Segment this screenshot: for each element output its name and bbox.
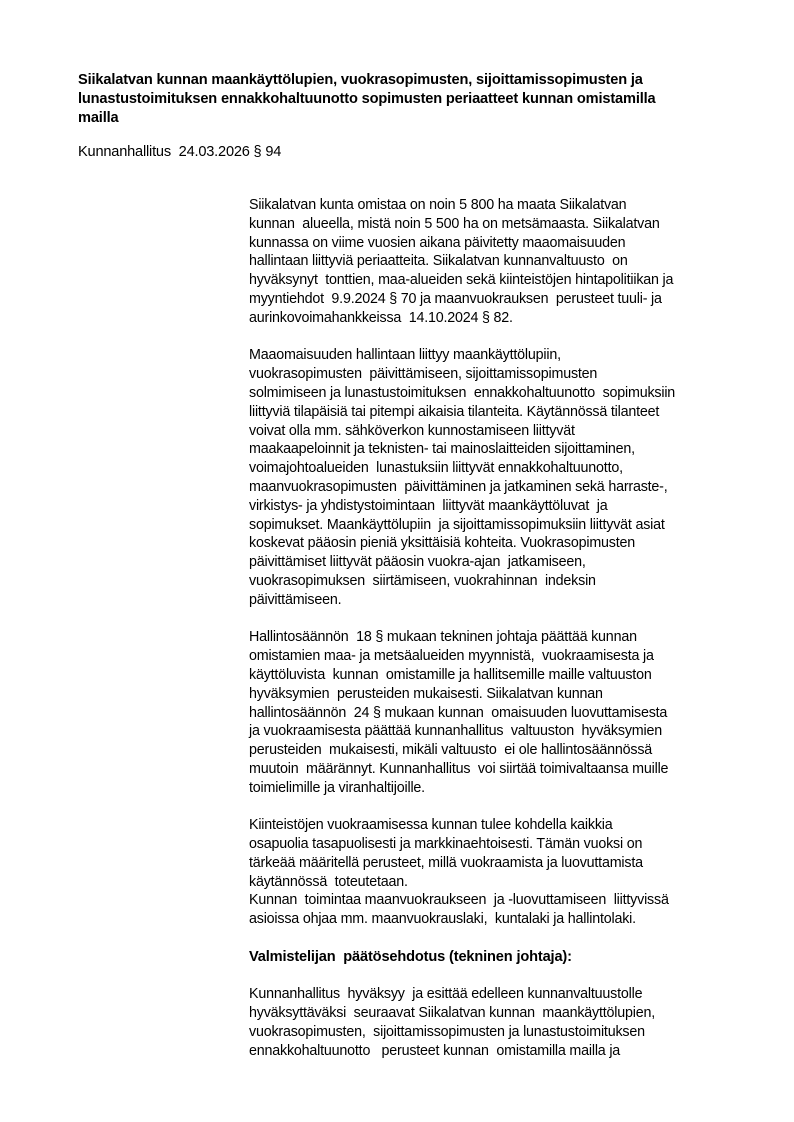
text-line: vuokrasopimusten, sijoittamissopimusten … xyxy=(249,1023,744,1042)
text-line: perusteiden mukaisesti, mikäli valtuusto… xyxy=(249,741,744,760)
meeting-reference: Kunnanhallitus 24.03.2026 § 94 xyxy=(78,143,281,162)
title-line: Siikalatvan kunnan maankäyttölupien, vuo… xyxy=(78,71,738,90)
text-line: virkistys- ja yhdistystoimintaan liittyv… xyxy=(249,497,744,516)
text-line: Kunnanhallitus hyväksyy ja esittää edell… xyxy=(249,985,744,1004)
text-line: liittyviä tilapäisiä tai pitempi aikaisi… xyxy=(249,403,744,422)
text-line: hyväksyttäväksi seuraavat Siikalatvan ku… xyxy=(249,1004,744,1023)
paragraph-leasing-principles: Kiinteistöjen vuokraamisessa kunnan tule… xyxy=(249,816,744,929)
text-line: hallintaan liittyviä periaatteita. Siika… xyxy=(249,252,744,271)
text-line: kunnassa on viime vuosien aikana päivite… xyxy=(249,234,744,253)
text-line: päivittämiseen. xyxy=(249,591,744,610)
text-line: Siikalatvan kunta omistaa on noin 5 800 … xyxy=(249,196,744,215)
text-line: maanvuokrasopimusten päivittäminen ja ja… xyxy=(249,478,744,497)
text-line: toimielimille ja viranhaltijoille. xyxy=(249,779,744,798)
text-line: Kunnan toimintaa maanvuokraukseen ja -lu… xyxy=(249,891,744,910)
page-title: Siikalatvan kunnan maankäyttölupien, vuo… xyxy=(78,71,738,128)
text-line: Maaomaisuuden hallintaan liittyy maankäy… xyxy=(249,346,744,365)
text-line: sopimukset. Maankäyttölupiin ja sijoitta… xyxy=(249,516,744,535)
paragraph-administrative-rules: Hallintosäännön 18 § mukaan tekninen joh… xyxy=(249,628,744,797)
text-line: maakaapeloinnit ja teknisten- tai mainos… xyxy=(249,440,744,459)
text-line: myyntiehdot 9.9.2024 § 70 ja maanvuokrau… xyxy=(249,290,744,309)
text-line: ennakkohaltuunotto perusteet kunnan omis… xyxy=(249,1042,744,1061)
text-line: osapuolia tasapuolisesti ja markkinaehto… xyxy=(249,835,744,854)
title-line: lunastustoimituksen ennakkohaltuunotto s… xyxy=(78,90,738,109)
title-line: mailla xyxy=(78,109,738,128)
text-line: omistamien maa- ja metsäalueiden myynnis… xyxy=(249,647,744,666)
text-line: hallintosäännön 24 § mukaan kunnan omais… xyxy=(249,704,744,723)
paragraph-land-management-situations: Maaomaisuuden hallintaan liittyy maankäy… xyxy=(249,346,744,609)
text-line: hyväksynyt tonttien, maa-alueiden sekä k… xyxy=(249,271,744,290)
text-line: solmimiseen ja lunastustoimituksen ennak… xyxy=(249,384,744,403)
text-line: voimajohtoalueiden lunastuksiin liittyvä… xyxy=(249,459,744,478)
text-line: muutoin määrännyt. Kunnanhallitus voi si… xyxy=(249,760,744,779)
document-body: Siikalatvan kunta omistaa on noin 5 800 … xyxy=(249,196,744,1061)
paragraph-decision-proposal: Kunnanhallitus hyväksyy ja esittää edell… xyxy=(249,985,744,1060)
text-line: käyttöluvista kunnan omistamille ja hall… xyxy=(249,666,744,685)
text-line: vuokrasopimusten päivittämiseen, sijoitt… xyxy=(249,365,744,384)
text-line: koskevat pääosin pieniä yksittäisiä koht… xyxy=(249,534,744,553)
text-line: voivat olla mm. sähköverkon kunnostamise… xyxy=(249,422,744,441)
text-line: Hallintosäännön 18 § mukaan tekninen joh… xyxy=(249,628,744,647)
text-line: hyväksymien perusteiden mukaisesti. Siik… xyxy=(249,685,744,704)
text-line: kunnan alueella, mistä noin 5 500 ha on … xyxy=(249,215,744,234)
text-line: aurinkovoimahankkeissa 14.10.2024 § 82. xyxy=(249,309,744,328)
text-line: ja vuokraamisesta päättää kunnanhallitus… xyxy=(249,722,744,741)
text-line: Kiinteistöjen vuokraamisessa kunnan tule… xyxy=(249,816,744,835)
paragraph-land-ownership: Siikalatvan kunta omistaa on noin 5 800 … xyxy=(249,196,744,328)
text-line: päivittämiset liittyvät pääosin vuokra-a… xyxy=(249,553,744,572)
proposal-heading: Valmistelijan päätösehdotus (tekninen jo… xyxy=(249,948,744,967)
text-line: vuokrasopimuksen siirtämiseen, vuokrahin… xyxy=(249,572,744,591)
text-line: tärkeää määritellä perusteet, millä vuok… xyxy=(249,854,744,873)
text-line: käytännössä toteutetaan. xyxy=(249,873,744,892)
text-line: asioissa ohjaa mm. maanvuokrauslaki, kun… xyxy=(249,910,744,929)
